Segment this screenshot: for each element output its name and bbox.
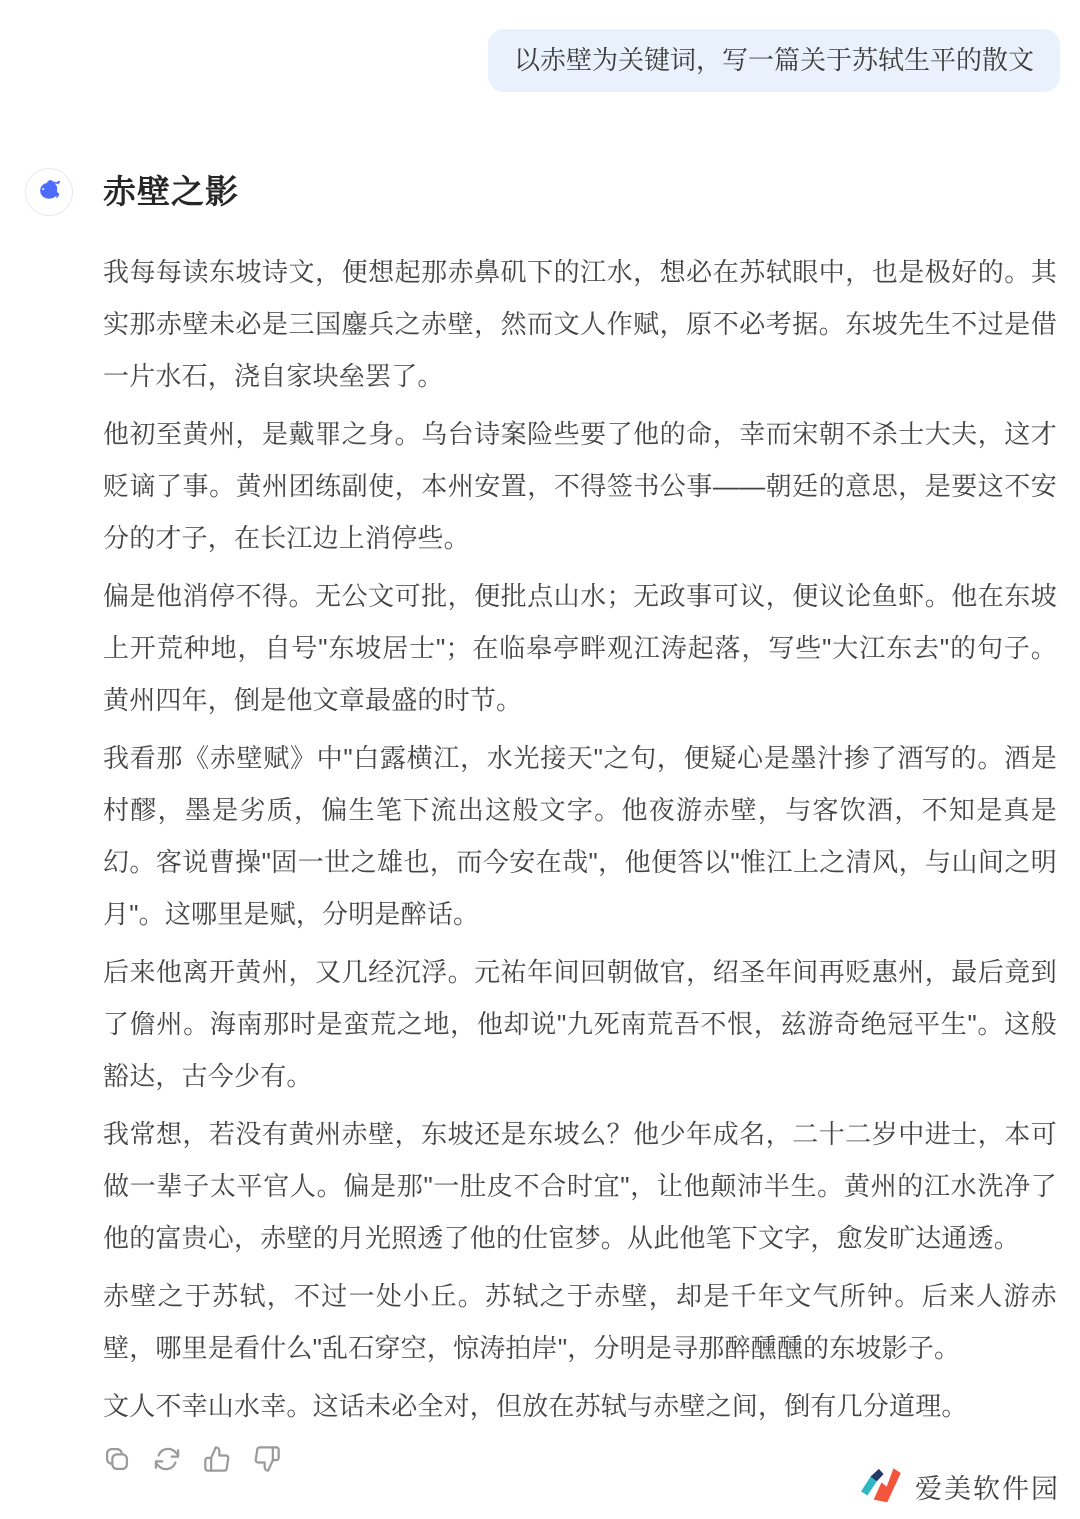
answer-paragraph: 我看那《赤壁赋》中"白露横江，水光接天"之句，便疑心是墨汁掺了酒写的。酒是村醪，…	[103, 732, 1057, 940]
copy-button[interactable]	[103, 1446, 131, 1474]
answer-paragraph: 我每每读东坡诗文，便想起那赤鼻矶下的江水，想必在苏轼眼中，也是极好的。其实那赤壁…	[103, 246, 1057, 402]
answer-paragraph: 赤壁之于苏轼，不过一处小丘。苏轼之于赤壁，却是千年文气所钟。后来人游赤壁，哪里是…	[103, 1270, 1057, 1374]
answer-paragraph: 文人不幸山水幸。这话未必全对，但放在苏轼与赤壁之间，倒有几分道理。	[103, 1380, 1057, 1432]
copy-icon	[103, 1445, 131, 1476]
answer-paragraph: 他初至黄州，是戴罪之身。乌台诗案险些要了他的命，幸而宋朝不杀士大夫，这才贬谪了事…	[103, 408, 1057, 564]
user-message-row: 以赤壁为关键词，写一篇关于苏轼生平的散文	[0, 0, 1080, 92]
chat-page: 以赤壁为关键词，写一篇关于苏轼生平的散文 赤壁之影 我每每读东坡诗文，便想起那赤…	[0, 0, 1080, 1519]
assistant-message: 我每每读东坡诗文，便想起那赤鼻矶下的江水，想必在苏轼眼中，也是极好的。其实那赤壁…	[103, 246, 1057, 1474]
answer-paragraph: 偏是他消停不得。无公文可批，便批点山水；无政事可议，便议论鱼虾。他在东坡上开荒种…	[103, 570, 1057, 726]
user-message-bubble: 以赤壁为关键词，写一篇关于苏轼生平的散文	[488, 29, 1060, 92]
watermark-text: 爱美软件园	[915, 1467, 1060, 1506]
thumbs-up-button[interactable]	[203, 1446, 231, 1474]
assistant-avatar	[25, 168, 73, 216]
regenerate-button[interactable]	[153, 1446, 181, 1474]
site-watermark: 爱美软件园	[859, 1462, 1060, 1511]
deepseek-whale-icon	[33, 174, 65, 211]
answer-paragraph: 后来他离开黄州，又几经沉浮。元祐年间回朝做官，绍圣年间再贬惠州，最后竟到了儋州。…	[103, 946, 1057, 1102]
thumbs-down-button[interactable]	[253, 1446, 281, 1474]
answer-title: 赤壁之影	[103, 168, 239, 216]
thumbs-down-icon	[253, 1445, 281, 1476]
answer-paragraph: 我常想，若没有黄州赤壁，东坡还是东坡么？他少年成名，二十二岁中进士，本可做一辈子…	[103, 1108, 1057, 1264]
checkmark-logo-icon	[859, 1462, 905, 1511]
assistant-header: 赤壁之影	[25, 168, 1080, 216]
regenerate-icon	[153, 1445, 181, 1476]
thumbs-up-icon	[203, 1445, 231, 1476]
